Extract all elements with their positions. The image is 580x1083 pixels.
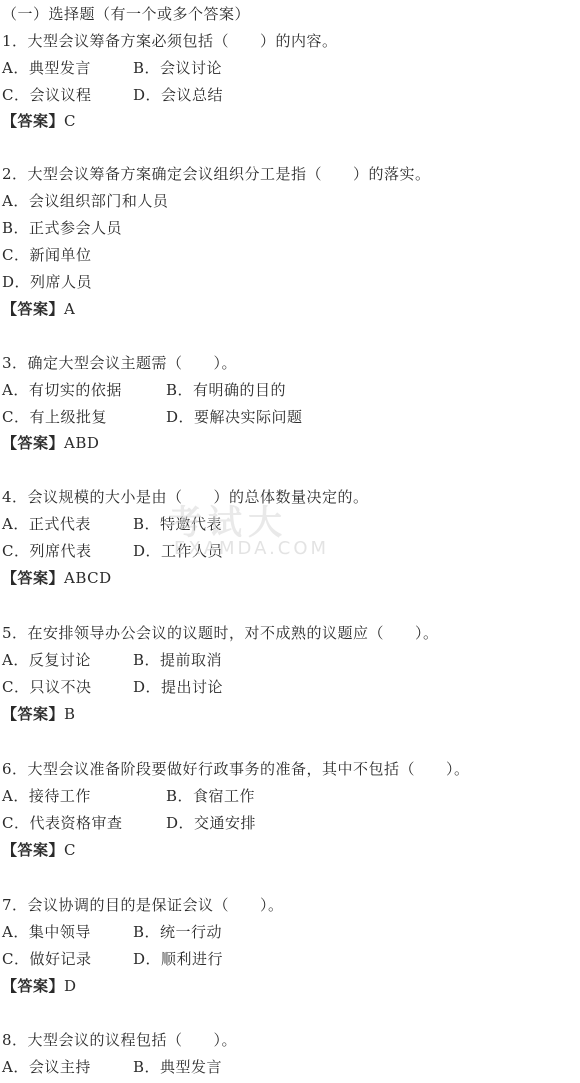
option-d: D．顺利进行 <box>133 949 223 969</box>
answer-value: B <box>64 705 76 723</box>
question-stem: 1．大型会议筹备方案必须包括（ ）的内容。 <box>2 31 338 51</box>
question-stem: 6．大型会议准备阶段要做好行政事务的准备，其中不包括（ ）。 <box>2 759 470 779</box>
answer-label: 【答案】 <box>2 705 64 723</box>
answer-label: 【答案】 <box>2 977 64 995</box>
answer-line: 【答案】ABD <box>2 433 99 453</box>
option-a: A．接待工作 <box>2 786 91 806</box>
option-c: C．做好记录 <box>2 949 91 969</box>
answer-value: C <box>64 841 76 859</box>
question-stem: 7．会议协调的目的是保证会议（ ）。 <box>2 895 284 915</box>
option-b: B．正式参会人员 <box>2 218 122 238</box>
option-c: C．会议议程 <box>2 85 91 105</box>
answer-line: 【答案】A <box>2 299 75 319</box>
option-a: A．典型发言 <box>2 58 91 78</box>
option-b: B．典型发言 <box>133 1057 222 1077</box>
answer-label: 【答案】 <box>2 434 64 452</box>
answer-label: 【答案】 <box>2 569 64 587</box>
option-b: B．特邀代表 <box>133 514 222 534</box>
answer-label: 【答案】 <box>2 841 64 859</box>
option-a: A．会议主持 <box>2 1057 91 1077</box>
option-d: D．工作人员 <box>133 541 223 561</box>
answer-label: 【答案】 <box>2 300 64 318</box>
option-a: A．有切实的依据 <box>2 380 122 400</box>
option-d: D．要解决实际问题 <box>166 407 303 427</box>
question-stem: 4．会议规模的大小是由（ ）的总体数量决定的。 <box>2 487 369 507</box>
answer-value: ABCD <box>64 569 112 587</box>
option-b: B．有明确的目的 <box>166 380 286 400</box>
option-a: A．正式代表 <box>2 514 91 534</box>
option-c: C．只议不决 <box>2 677 91 697</box>
answer-value: A <box>64 300 75 318</box>
option-b: B．会议讨论 <box>133 58 222 78</box>
question-stem: 3．确定大型会议主题需（ ）。 <box>2 353 237 373</box>
question-stem: 2．大型会议筹备方案确定会议组织分工是指（ ）的落实。 <box>2 164 431 184</box>
option-d: D．提出讨论 <box>133 677 223 697</box>
answer-value: C <box>64 112 76 130</box>
option-b: B．提前取消 <box>133 650 222 670</box>
answer-value: ABD <box>64 434 99 452</box>
option-c: C．代表资格审查 <box>2 813 122 833</box>
answer-label: 【答案】 <box>2 112 64 130</box>
answer-value: D <box>64 977 77 995</box>
option-a: A．会议组织部门和人员 <box>2 191 168 211</box>
answer-line: 【答案】ABCD <box>2 568 112 588</box>
answer-line: 【答案】C <box>2 840 76 860</box>
answer-line: 【答案】D <box>2 976 77 996</box>
option-d: D．列席人员 <box>2 272 92 292</box>
option-d: D．交通安排 <box>166 813 256 833</box>
option-a: A．反复讨论 <box>2 650 91 670</box>
option-c: C．新闻单位 <box>2 245 91 265</box>
option-c: C．列席代表 <box>2 541 91 561</box>
answer-line: 【答案】C <box>2 111 76 131</box>
option-b: B．食宿工作 <box>166 786 255 806</box>
option-c: C．有上级批复 <box>2 407 107 427</box>
option-a: A．集中领导 <box>2 922 91 942</box>
option-b: B．统一行动 <box>133 922 222 942</box>
question-stem: 8．大型会议的议程包括（ ）。 <box>2 1030 237 1050</box>
option-d: D．会议总结 <box>133 85 223 105</box>
answer-line: 【答案】B <box>2 704 76 724</box>
question-stem: 5．在安排领导办公会议的议题时，对不成熟的议题应（ ）。 <box>2 623 439 643</box>
section-title: （一）选择题（有一个或多个答案） <box>2 4 250 24</box>
